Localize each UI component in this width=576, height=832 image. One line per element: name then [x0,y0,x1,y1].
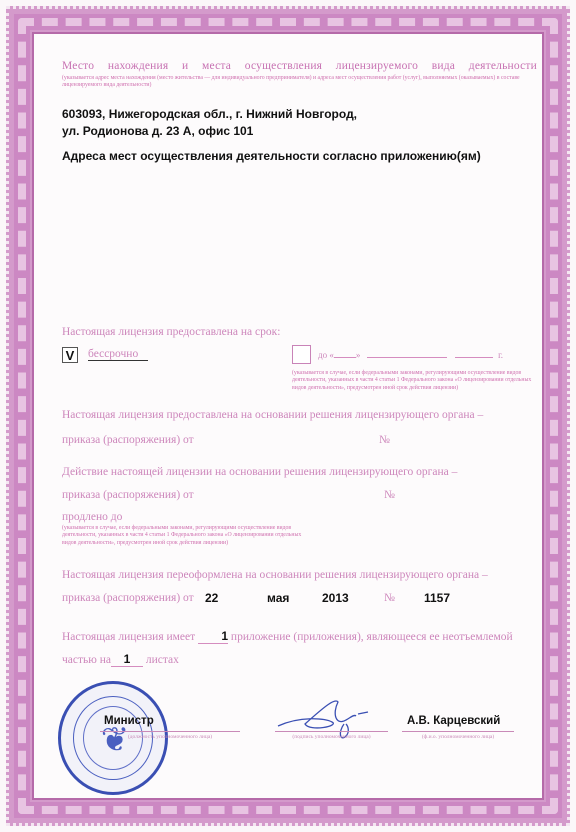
indefinite-checkbox[interactable]: V [62,347,78,363]
location-hint: (указывается адрес места нахождения (мес… [62,75,537,90]
appendix-pages: 1 [111,652,143,667]
reissued-number-label: № [384,592,395,604]
extended-number-label: № [384,489,395,501]
extended-until-label: продлено до [62,511,122,523]
granted-order-label: приказа (распоряжения) от [62,434,194,446]
term-label: Настоящая лицензия предоставлена на срок… [62,326,280,338]
until-year-suffix: г. [498,350,503,360]
signatory-name: А.В. Карцевский [407,715,500,727]
name-caption: (ф.и.о. уполномоченного лица) [402,734,514,740]
until-date-field[interactable]: до «» г. [318,350,503,360]
appendix-suffix: приложение (приложения), являющееся ее н… [231,631,513,643]
until-date-hint: (указывается в случае, если федеральными… [292,370,532,392]
until-date-checkbox[interactable] [292,345,311,364]
appendix-line: Настоящая лицензия имеет 1 приложение (п… [62,629,513,644]
reissued-order-label: приказа (распоряжения) от [62,592,194,604]
appendix-count: 1 [198,629,228,644]
reissued-line: Настоящая лицензия переоформлена на осно… [62,569,488,581]
extended-line: Действие настоящей лицензии на основании… [62,466,457,478]
pages-prefix: частью на [62,654,111,666]
position-caption: (должность уполномоченного лица) [100,734,240,740]
position-line [100,731,240,732]
address-line-1: 603093, Нижегородская обл., г. Нижний Но… [62,107,357,121]
location-heading: Место нахождения и места осуществления л… [62,60,537,72]
name-line [402,731,514,732]
indefinite-label: бессрочно [88,348,148,361]
check-mark-icon: V [66,348,75,363]
appendix-pages-line: частью на1 листах [62,652,179,667]
until-quote-close: » [356,350,361,360]
activity-addresses-note: Адреса мест осуществления деятельности с… [62,149,481,163]
extended-hint: (указывается в случае, если федеральными… [62,525,307,547]
signatory-position: Министр [104,715,154,727]
reissued-month: мая [267,591,289,605]
signature-line [275,731,388,732]
extended-order-label: приказа (распоряжения) от [62,489,194,501]
signature-caption: (подпись уполномоченного лица) [275,734,388,740]
granted-line: Настоящая лицензия предоставлена на осно… [62,409,483,421]
pages-suffix: листах [146,654,179,666]
address-line-2: ул. Родионова д. 23 А, офис 101 [62,124,253,138]
granted-number-label: № [379,434,390,446]
reissued-day: 22 [205,591,218,605]
reissued-number: 1157 [424,591,450,605]
until-prefix: до « [318,350,334,360]
appendix-prefix: Настоящая лицензия имеет [62,631,195,643]
reissued-year: 2013 [322,591,349,605]
